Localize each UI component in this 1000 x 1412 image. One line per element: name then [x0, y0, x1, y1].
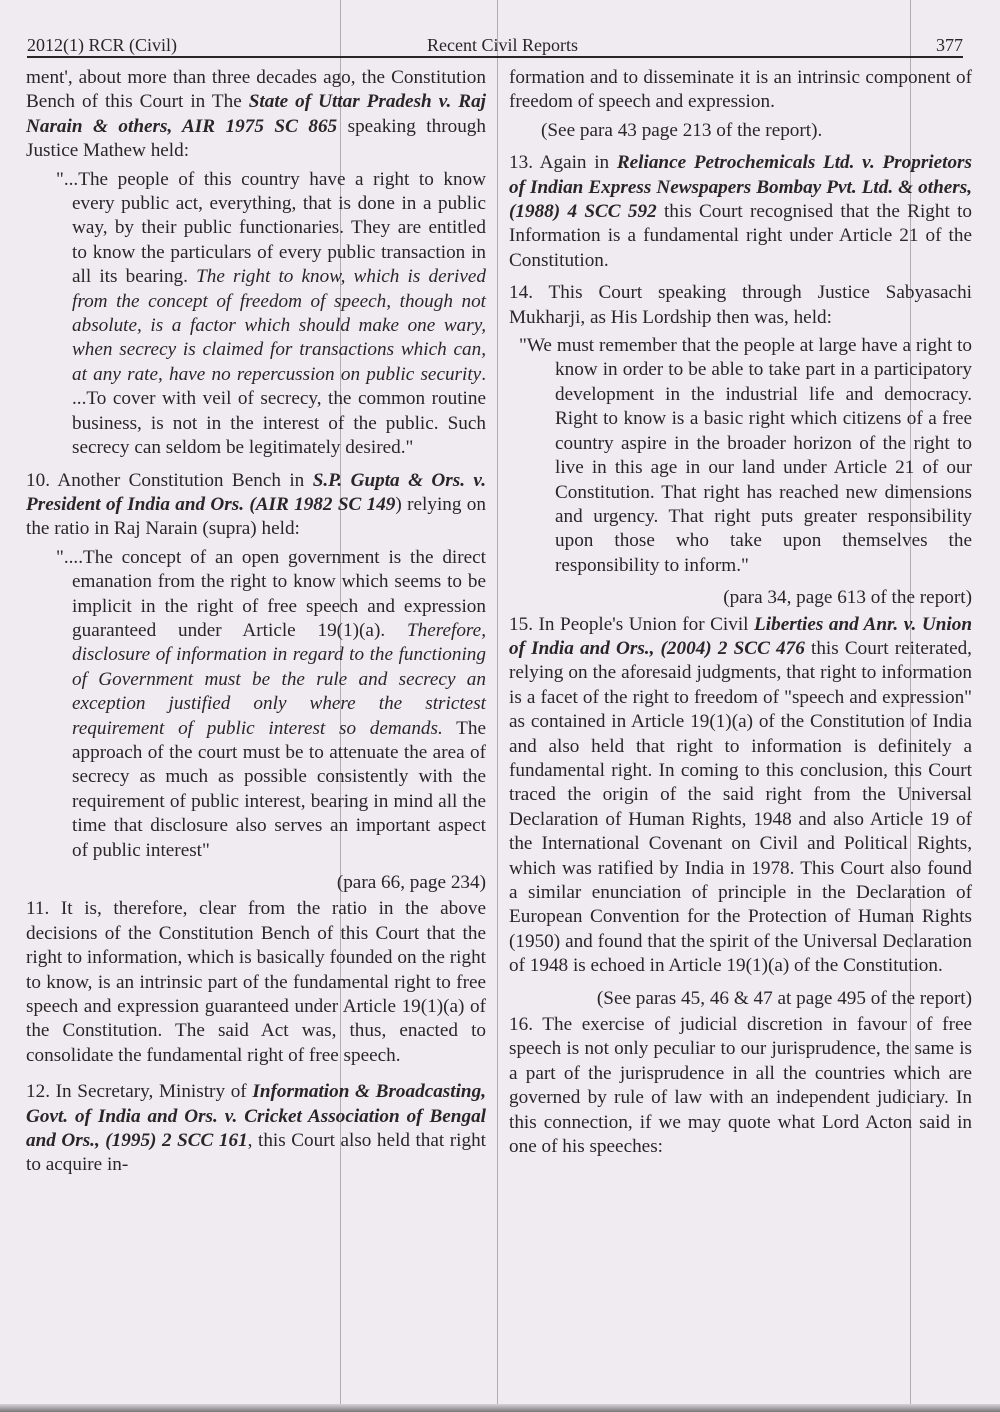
paragraph-13: 13. Again in Reliance Petrochemicals Ltd…: [509, 151, 972, 273]
paragraph-16: 16. The exercise of judicial discretion …: [509, 1013, 972, 1159]
report-reference: (See para 43 page 213 of the report).: [509, 119, 972, 143]
paragraph-11: 11. It is, therefore, clear from the rat…: [26, 897, 486, 1068]
paragraph-15: 15. In People's Union for Civil Libertie…: [509, 613, 972, 979]
paragraph-continuation: ment', about more than three decades ago…: [26, 66, 486, 164]
paragraph-continuation: formation and to disseminate it is an in…: [509, 66, 972, 115]
journal-citation: 2012(1) RCR (Civil): [27, 34, 177, 56]
document-page: 2012(1) RCR (Civil) Recent Civil Reports…: [0, 0, 1000, 1412]
report-reference: (para 66, page 234): [26, 871, 486, 895]
report-reference: (para 34, page 613 of the report): [509, 586, 972, 610]
page-number: 377: [936, 34, 963, 56]
block-quote: "....The concept of an open government i…: [26, 546, 486, 863]
scan-edge: [0, 1404, 1000, 1412]
paper-crease: [497, 0, 498, 1412]
paragraph-12: 12. In Secretary, Ministry of Informatio…: [26, 1080, 486, 1178]
paragraph-10: 10. Another Constitution Bench in S.P. G…: [26, 469, 486, 542]
right-column: formation and to disseminate it is an in…: [509, 66, 972, 1159]
block-quote: "We must remember that the people at lar…: [509, 334, 972, 578]
running-header: 2012(1) RCR (Civil) Recent Civil Reports…: [27, 32, 963, 58]
block-quote: "...The people of this country have a ri…: [26, 168, 486, 461]
left-column: ment', about more than three decades ago…: [26, 66, 486, 1178]
journal-title: Recent Civil Reports: [427, 34, 578, 56]
paragraph-14: 14. This Court speaking through Justice …: [509, 281, 972, 330]
report-reference: (See paras 45, 46 & 47 at page 495 of th…: [509, 987, 972, 1011]
